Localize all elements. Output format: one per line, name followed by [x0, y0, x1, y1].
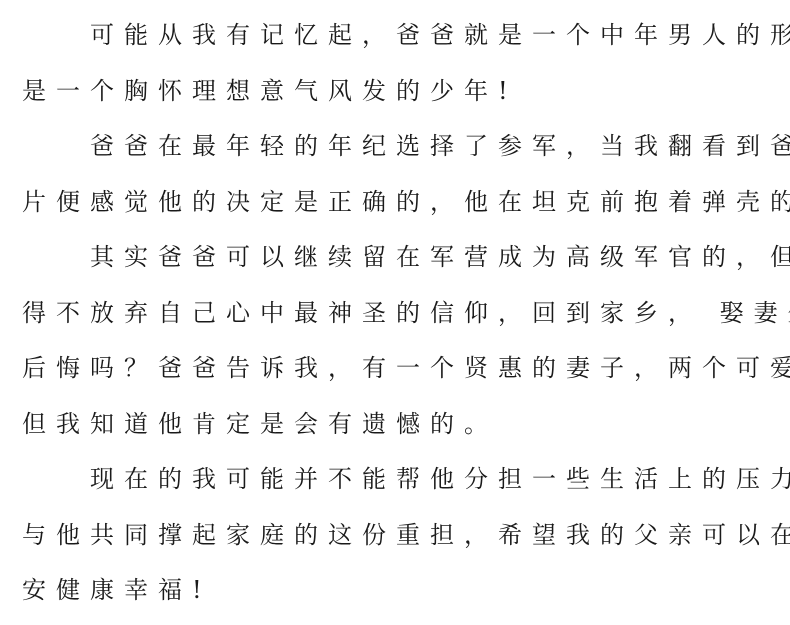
text-line: 与他共同撑起家庭的这份重担，希望我的父亲可以在属于他的节日可以永远平 — [22, 508, 774, 564]
text-line: 是一个胸怀理想意气风发的少年! — [22, 64, 774, 120]
paragraph-2: 爸爸在最年轻的年纪选择了参军，当我翻看到爸爸在军营里意气风发的相 片便感觉他的决… — [22, 119, 774, 230]
text-line: 现在的我可能并不能帮他分担一些生活上的压力，但是我会继续努力的， — [22, 452, 774, 508]
text-line: 得不放弃自己心中最神圣的信仰，回到家乡， 娶妻生子。 但是我问爸爸你会 — [22, 286, 774, 342]
paragraph-4: 现在的我可能并不能帮他分担一些生活上的压力，但是我会继续努力的， 与他共同撑起家… — [22, 452, 774, 619]
text-line: 其实爸爸可以继续留在军营成为高级军官的，但是由于家庭的原因，他不 — [22, 230, 774, 286]
text-line: 可能从我有记忆起，爸爸就是一个中年男人的形象，这让我忘记了他也曾 — [22, 8, 774, 64]
text-line: 片便感觉他的决定是正确的，他在坦克前抱着弹壳的少年气息闪闪发光。 — [22, 175, 774, 231]
paragraph-3: 其实爸爸可以继续留在军营成为高级军官的，但是由于家庭的原因，他不 得不放弃自己心… — [22, 230, 774, 452]
document-body: 可能从我有记忆起，爸爸就是一个中年男人的形象，这让我忘记了他也曾 是一个胸怀理想… — [22, 8, 774, 619]
paragraph-1: 可能从我有记忆起，爸爸就是一个中年男人的形象，这让我忘记了他也曾 是一个胸怀理想… — [22, 8, 774, 119]
text-line: 爸爸在最年轻的年纪选择了参军，当我翻看到爸爸在军营里意气风发的相 — [22, 119, 774, 175]
text-line: 但我知道他肯定是会有遗憾的。 — [22, 397, 774, 453]
text-line: 安健康幸福! — [22, 563, 774, 619]
text-line: 后悔吗？爸爸告诉我，有一个贤惠的妻子，两个可爱的女儿，人生也不过如此! — [22, 341, 774, 397]
